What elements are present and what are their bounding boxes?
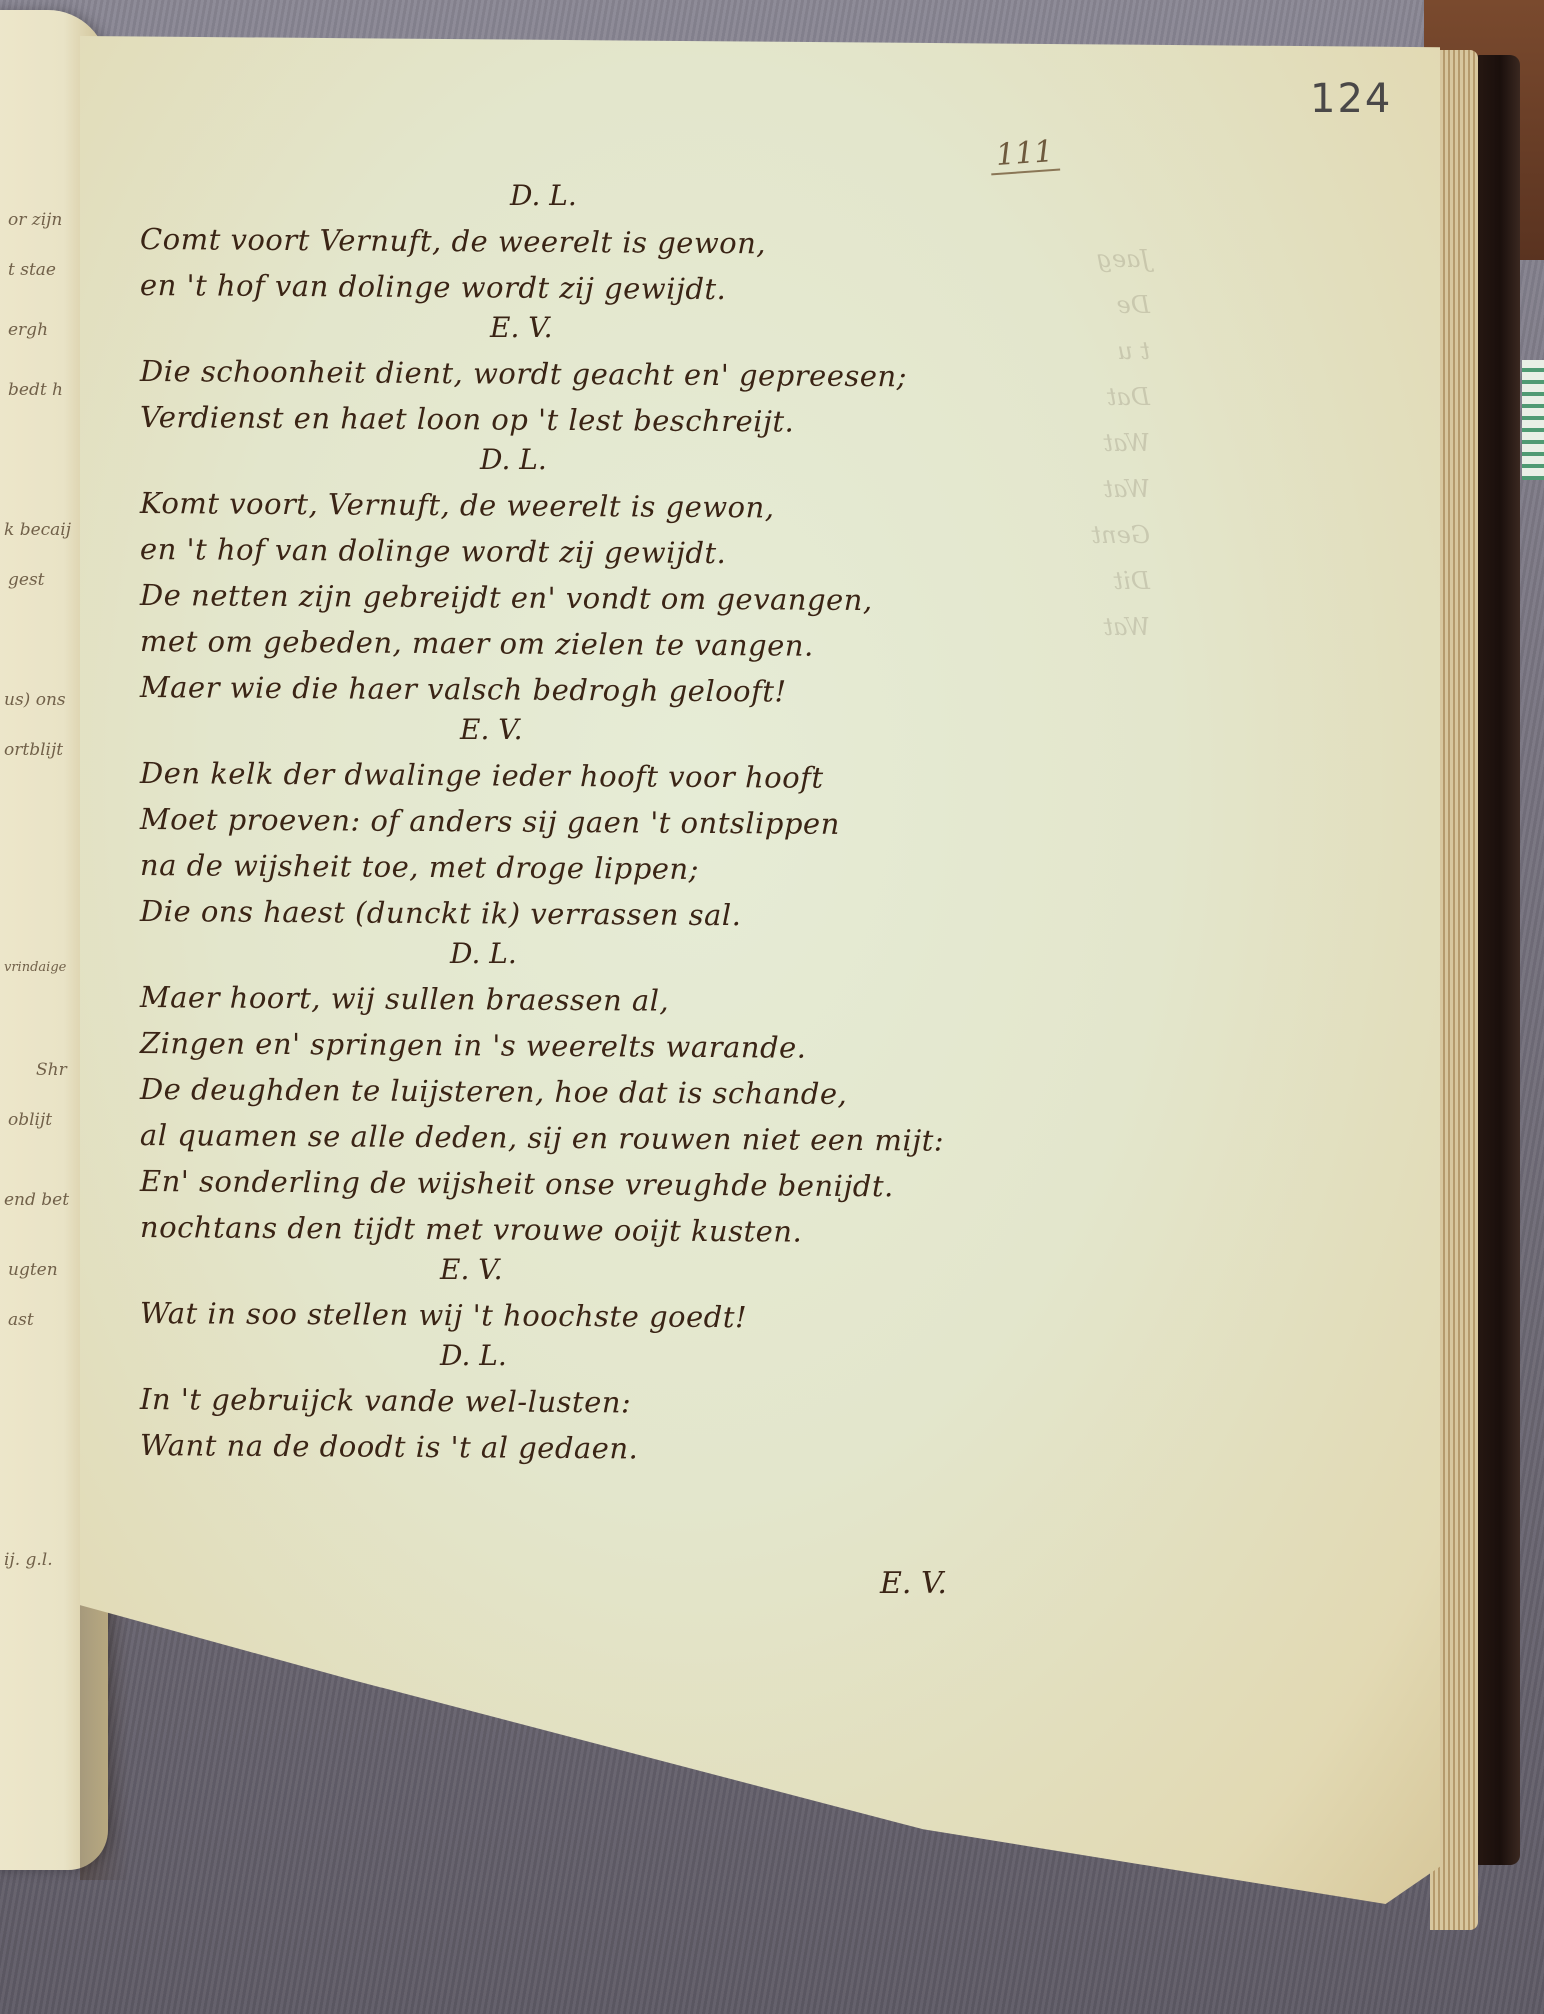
verse-line: Moet proeven: of anders sij gaen 't onts… [140,796,1140,849]
verse-line: Zingen en' springen in 's weerelts waran… [140,1020,1140,1073]
margin-fragment: gest [8,570,45,590]
margin-fragment: ast [8,1310,34,1330]
old-page-number: 111 [989,134,1061,176]
margin-fragment: t stae [8,260,56,280]
speaker-label: E. V. [140,710,1140,750]
speaker-label: D. L. [140,1336,1140,1376]
margin-fragment: ergh [8,320,48,340]
folio-number: 124 [1310,76,1392,122]
margin-fragment: or zijn [8,210,62,230]
speaker-label: D. L. [140,440,1140,480]
striped-bookmark-tag [1522,360,1544,480]
verse-line: Komt voort, Vernuft, de weerelt is gewon… [140,480,1140,533]
right-page: 124 111 JaegDet uDatWatWatGentDitWat D. … [80,36,1440,1904]
verse-line: De netten zijn gebreijdt en' vondt om ge… [140,572,1140,625]
margin-fragment: Shr [36,1060,67,1080]
margin-fragment: ortblijt [4,740,63,760]
verse-line: Verdienst en haet loon op 't lest beschr… [140,394,1140,447]
verse-line: Die ons haest (dunckt ik) verrassen sal. [140,888,1140,941]
verse-line: Want na de doodt is 't al gedaen. [140,1422,1140,1475]
verse-line: Die schoonheit dient, wordt geacht en' g… [140,348,1140,401]
speaker-label: E. V. [140,1250,1140,1290]
verse-line: Maer hoort, wij sullen braessen al, [140,974,1140,1027]
speaker-label: E. V. [140,308,1140,348]
verse-line: In 't gebruijck vande wel-lusten: [140,1376,1140,1429]
margin-fragment: k becaij [4,520,71,540]
verse-line: nochtans den tijdt met vrouwe ooijt kust… [140,1204,1140,1257]
verse-line: met om gebeden, maer om zielen te vangen… [140,618,1140,671]
verse-line: Comt voort Vernuft, de weerelt is gewon, [140,216,1140,269]
margin-fragment: ugten [8,1260,58,1280]
left-page-margin-text: or zijn t stae ergh bedt h k becaij gest… [0,10,68,1870]
verse-line: en 't hof van dolinge wordt zij gewijdt. [140,262,1140,315]
verse-line: Maer wie die haer valsch bedrogh gelooft… [140,664,1140,717]
verse-line: De deughden te luijsteren, hoe dat is sc… [140,1066,1140,1119]
verse-line: na de wijsheit toe, met droge lippen; [140,842,1140,895]
poem-text: D. L. Comt voort Vernuft, de weerelt is … [140,176,1140,1468]
speaker-label: D. L. [140,176,1140,216]
closing-speaker-label: E. V. [880,1566,947,1601]
margin-fragment: bedt h [8,380,63,400]
margin-fragment: us) ons [4,690,66,710]
verse-line: Wat in soo stellen wij 't hoochste goedt… [140,1290,1140,1343]
verse-line: En' sonderling de wijsheit onse vreughde… [140,1158,1140,1211]
margin-fragment: vrindaige [4,960,66,975]
margin-fragment: ij. g.l. [4,1550,53,1570]
margin-fragment: oblijt [8,1110,52,1130]
margin-fragment: end bet [4,1190,69,1210]
verse-line: al quamen se alle deden, sij en rouwen n… [140,1112,1140,1165]
verse-line: Den kelk der dwalinge ieder hooft voor h… [140,750,1140,803]
speaker-label: D. L. [140,934,1140,974]
verse-line: en 't hof van dolinge wordt zij gewijdt. [140,526,1140,579]
